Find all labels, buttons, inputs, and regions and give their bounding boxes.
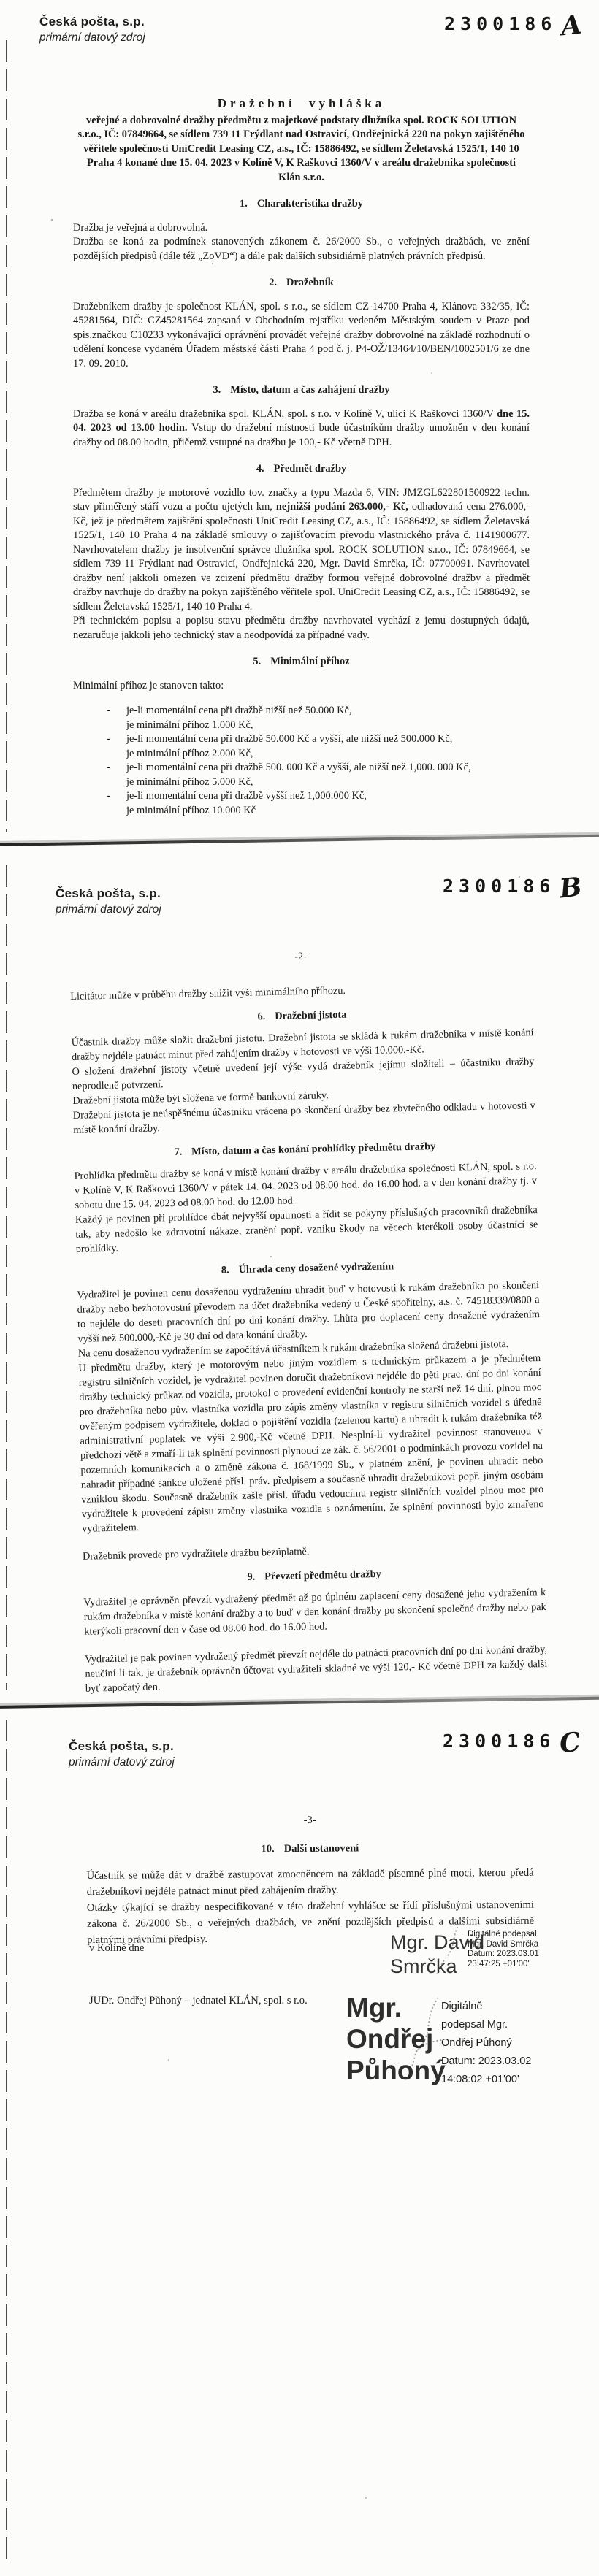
- signature-note-line: 23:47:25 +01'00': [468, 1960, 539, 1970]
- stamp-letter: A: [560, 9, 583, 42]
- bullet-dash: -: [107, 761, 126, 789]
- section-1-paragraph: Dražba se koná za podmínek stanovených z…: [73, 235, 530, 264]
- section-8-paragraph: U předmětu dražby, který je motorovým ne…: [78, 1351, 544, 1536]
- page-number: -2-: [69, 944, 532, 969]
- section-10-heading: 10.Další ustanovení: [86, 1839, 533, 1858]
- section-7-heading: 7.Místo, datum a čas konání prohlídky př…: [74, 1137, 536, 1162]
- section-4-paragraph: Předmětem dražby je motorové vozidlo tov…: [73, 486, 530, 615]
- minimum-bid-list: - je-li momentální cena při dražbě nižší…: [73, 704, 530, 818]
- page-2: 2300186B Česká pošta, s.p. primární dato…: [0, 848, 599, 1703]
- list-item: - je-li momentální cena při dražbě nižší…: [73, 704, 530, 732]
- company-tagline: primární datový zdroj: [69, 1756, 175, 1769]
- company-name: Česká pošta, s.p.: [69, 1739, 175, 1754]
- document-subtitle: veřejné a dobrovolné dražby předmětu z m…: [73, 114, 530, 185]
- section-9-paragraph: Vydražitel je pak povinen vydražený před…: [85, 1642, 548, 1696]
- signature-note-line: Datum: 2023.03.01: [468, 1950, 539, 1960]
- list-item-line: je minimální příhoz 1.000 Kč,: [126, 718, 530, 733]
- company-tagline: primární datový zdroj: [56, 903, 161, 916]
- section-5-heading: 5.Minimální příhoz: [73, 655, 530, 670]
- bullet-dash: -: [107, 789, 126, 818]
- section-8-heading: 8.Úhrada ceny dosažené vydražením: [76, 1256, 538, 1281]
- list-item: - je-li momentální cena při dražbě 50.00…: [73, 732, 530, 761]
- section-4-heading: 4.Předmět dražby: [73, 462, 530, 477]
- section-9-paragraph: Vydražitel je oprávněn převzít vydražený…: [83, 1585, 546, 1639]
- signature-note-line: Datum: 2023.03.02: [441, 2052, 531, 2071]
- signature-name-line: Mgr.: [346, 1992, 446, 2023]
- section-3-heading: 3.Místo, datum a čas zahájení dražby: [73, 383, 530, 398]
- section-2-heading: 2.Dražebník: [73, 276, 530, 291]
- section-10-paragraph: Účastník se může dát v dražbě zastupovat…: [87, 1865, 534, 1900]
- signature-note-line: Ondřej Půhoný: [441, 2034, 531, 2052]
- document-title: Dražební vyhláška: [73, 96, 530, 111]
- ceska-posta-header: Česká pošta, s.p. primární datový zdroj: [39, 15, 145, 45]
- signature-name-line: Ondřej: [346, 2023, 446, 2055]
- section-2-paragraph: Dražebníkem dražby je společnost KLÁN, s…: [73, 300, 530, 372]
- signatory-line: JUDr. Ondřej Půhoný – jednatel KLÁN, spo…: [89, 1995, 308, 2007]
- digital-signature-details: Digitálně podepsal Mgr. David Smrčka Dat…: [468, 1930, 539, 1969]
- page-number: -3-: [86, 1811, 533, 1830]
- list-item: - je-li momentální cena při dražbě 500. …: [73, 761, 530, 789]
- list-item-line: je-li momentální cena při dražbě vyšší n…: [126, 789, 530, 804]
- stamp-number: 2300186: [444, 13, 557, 34]
- bullet-dash: -: [107, 732, 126, 761]
- section-8-paragraph: Dražebník provede pro vydražitele dražbu…: [83, 1539, 545, 1564]
- list-item-line: je minimální příhoz 5.000 Kč,: [126, 775, 530, 790]
- list-item-line: je minimální příhoz 2.000 Kč,: [126, 747, 530, 762]
- section-7-paragraph: Každý je povinen při prohlídce dbát nejv…: [75, 1203, 538, 1257]
- bold-emphasis: nejnižší podání 263.000,- Kč,: [276, 501, 408, 513]
- list-item-line: je-li momentální cena při dražbě nižší n…: [126, 704, 530, 718]
- ceska-posta-header: Česká pošta, s.p. primární datový zdroj: [56, 886, 161, 916]
- company-name: Česká pošta, s.p.: [39, 15, 145, 29]
- page-1-body: Dražební vyhláška veřejné a dobrovolné d…: [73, 96, 530, 818]
- list-item-line: je minimální příhoz 10.000 Kč: [126, 804, 530, 819]
- list-item: - je-li momentální cena při dražbě vyšší…: [73, 789, 530, 818]
- section-5-intro: Minimální příhoz je stanoven takto:: [73, 679, 530, 694]
- section-8-paragraph: Vydražitel je povinen cenu dosaženou vyd…: [77, 1278, 541, 1346]
- signature-name-line: Půhoný: [346, 2055, 446, 2086]
- page-3: 2300186C Česká pošta, s.p. primární dato…: [0, 1711, 599, 2576]
- section-3-paragraph: Dražba se koná v areálu dražebníka spol.…: [73, 407, 530, 451]
- list-item-line: je-li momentální cena při dražbě 50.000 …: [126, 732, 530, 747]
- signature-note-line: Digitálně: [441, 1998, 531, 2016]
- section-1-heading: 1.Charakteristika dražby: [73, 197, 530, 212]
- stamp-number: 2300186: [443, 1730, 555, 1752]
- bullet-dash: -: [107, 704, 126, 732]
- signature-note-line: Digitálně podepsal: [468, 1930, 539, 1940]
- filing-stamp: 2300186A: [444, 10, 581, 41]
- signature-note-line: 14:08:02 +01'00': [441, 2071, 531, 2089]
- company-name: Česká pošta, s.p.: [56, 886, 161, 901]
- section-9-heading: 9.Převzetí předmětu dražby: [83, 1563, 545, 1588]
- list-item-line: je-li momentální cena při dražbě 500. 00…: [126, 761, 530, 775]
- digital-signature-details: Digitálně podepsal Mgr. Ondřej Půhoný Da…: [441, 1998, 531, 2089]
- section-1-paragraph: Dražba je veřejná a dobrovolná.: [73, 221, 530, 236]
- filing-stamp: 2300186B: [443, 873, 582, 903]
- stamp-number: 2300186: [443, 875, 555, 897]
- signature-note-line: Mgr. David Smrčka: [468, 1940, 539, 1950]
- section-4-paragraph: Při technickém popisu a popisu stavu pře…: [73, 614, 530, 643]
- licitator-note: Licitátor může v průběhu dražby snížit v…: [70, 979, 533, 1004]
- company-tagline: primární datový zdroj: [39, 31, 145, 45]
- page-1: Česká pošta, s.p. primární datový zdroj …: [0, 0, 599, 841]
- ceska-posta-header: Česká pošta, s.p. primární datový zdroj: [69, 1739, 175, 1769]
- page-2-body: -2- Licitátor může v průběhu dražby sníž…: [69, 944, 548, 1696]
- filing-stamp: 2300186C: [443, 1728, 581, 1758]
- signature-note-line: podepsal Mgr.: [441, 2016, 531, 2034]
- digital-signature-name: Mgr. Ondřej Půhoný: [346, 1992, 446, 2086]
- place-date-line: v Kolíně dne: [89, 1942, 144, 1955]
- stamp-letter: C: [558, 1727, 582, 1760]
- section-6-heading: 6.Dražební jistota: [71, 1003, 533, 1028]
- stamp-letter: B: [558, 872, 584, 905]
- scanned-document: Česká pošta, s.p. primární datový zdroj …: [0, 0, 599, 2576]
